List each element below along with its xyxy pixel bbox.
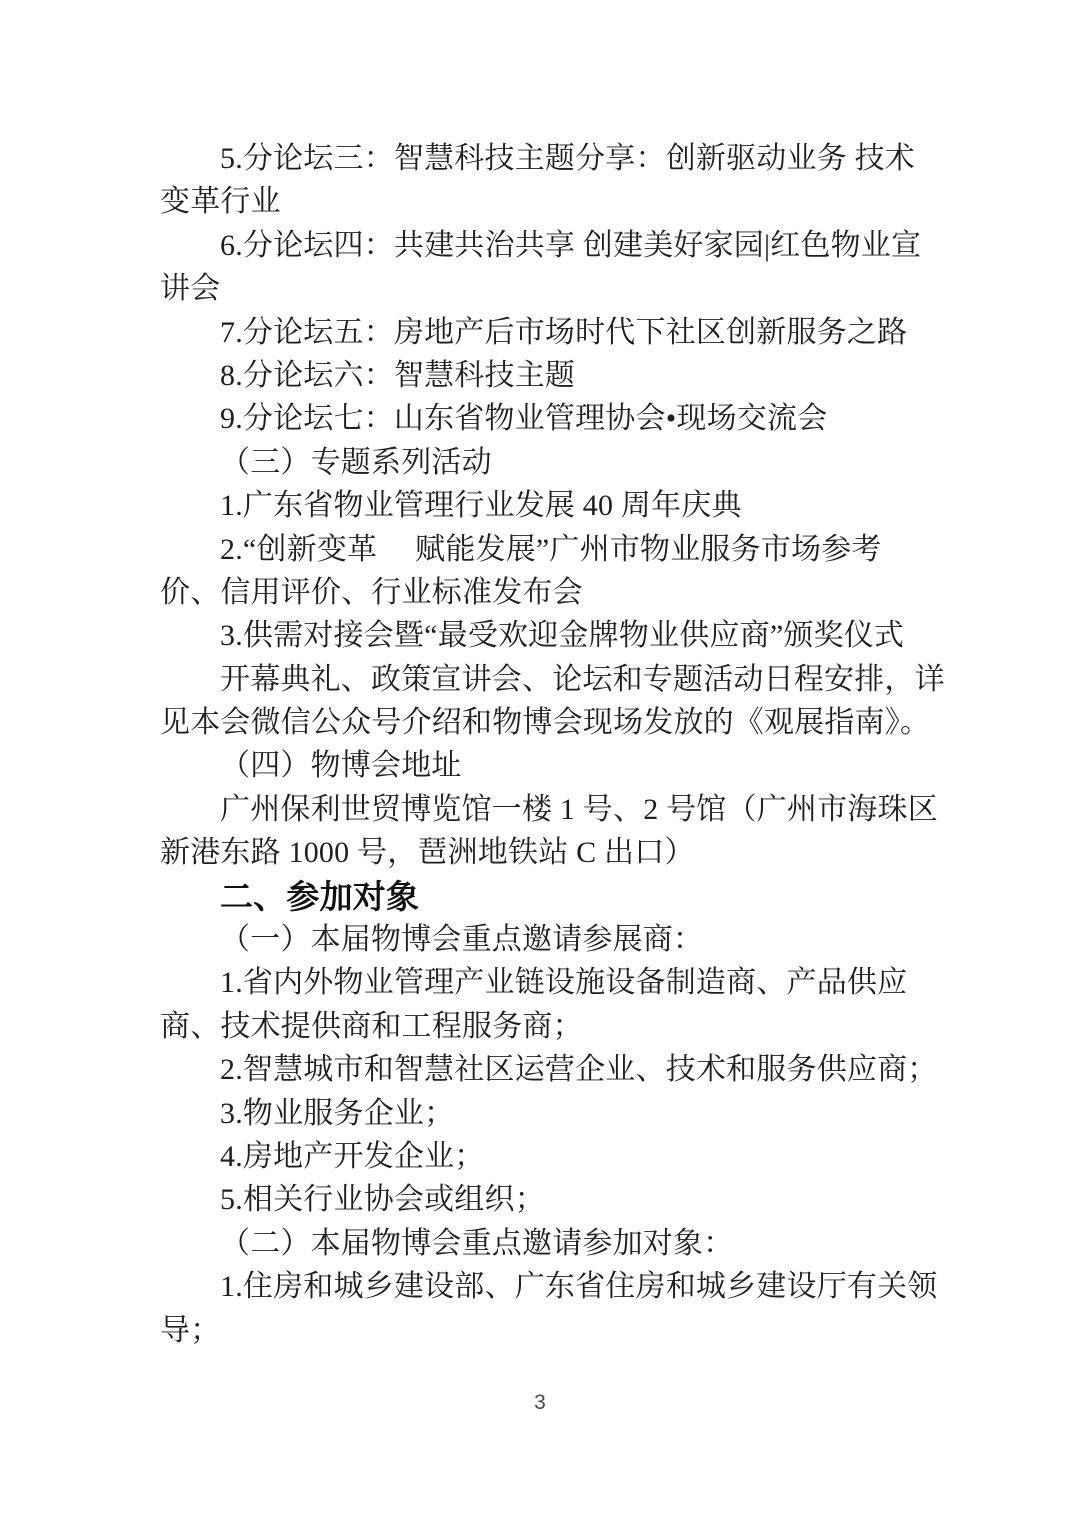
document-line: （三）专题系列活动 — [160, 441, 950, 484]
document-page: 5.分论坛三：智慧科技主题分享：创新驱动业务 技术变革行业6.分论坛四：共建共治… — [0, 0, 1080, 1526]
document-line: 变革行业 — [160, 180, 950, 223]
document-line: 1.广东省物业管理行业发展 40 周年庆典 — [160, 484, 950, 527]
document-line: 新港东路 1000 号，琶洲地铁站 C 出口） — [160, 831, 950, 874]
document-line: （一）本届物博会重点邀请参展商： — [160, 918, 950, 961]
document-line: 9.分论坛七：山东省物业管理协会•现场交流会 — [160, 397, 950, 440]
document-line: 广州保利世贸博览馆一楼 1 号、2 号馆（广州市海珠区 — [160, 788, 950, 831]
document-line: 8.分论坛六：智慧科技主题 — [160, 354, 950, 397]
document-line: 开幕典礼、政策宣讲会、论坛和专题活动日程安排，详 — [160, 658, 950, 701]
document-line: 讲会 — [160, 267, 950, 310]
document-line: 6.分论坛四：共建共治共享 创建美好家园|红色物业宣 — [160, 224, 950, 267]
document-line: 商、技术提供商和工程服务商； — [160, 1005, 950, 1048]
document-line: 5.相关行业协会或组织； — [160, 1178, 950, 1221]
document-line: 导； — [160, 1309, 950, 1352]
document-line: 5.分论坛三：智慧科技主题分享：创新驱动业务 技术 — [160, 137, 950, 180]
document-line: （二）本届物博会重点邀请参加对象： — [160, 1222, 950, 1265]
document-line: 2.“创新变革 赋能发展”广州市物业服务市场参考 — [160, 528, 950, 571]
page-number: 3 — [0, 1391, 1080, 1415]
document-line: 7.分论坛五：房地产后市场时代下社区创新服务之路 — [160, 311, 950, 354]
document-line: 价、信用评价、行业标准发布会 — [160, 571, 950, 614]
document-line: 2.智慧城市和智慧社区运营企业、技术和服务供应商； — [160, 1048, 950, 1091]
document-body: 5.分论坛三：智慧科技主题分享：创新驱动业务 技术变革行业6.分论坛四：共建共治… — [160, 137, 950, 1352]
document-line: 二、参加对象 — [160, 875, 950, 918]
document-line: 见本会微信公众号介绍和物博会现场发放的《观展指南》。 — [160, 701, 950, 744]
document-line: （四）物博会地址 — [160, 744, 950, 787]
document-line: 3.供需对接会暨“最受欢迎金牌物业供应商”颁奖仪式 — [160, 614, 950, 657]
document-line: 1.省内外物业管理产业链设施设备制造商、产品供应 — [160, 961, 950, 1004]
document-line: 3.物业服务企业； — [160, 1092, 950, 1135]
document-line: 1.住房和城乡建设部、广东省住房和城乡建设厅有关领 — [160, 1265, 950, 1308]
document-line: 4.房地产开发企业； — [160, 1135, 950, 1178]
